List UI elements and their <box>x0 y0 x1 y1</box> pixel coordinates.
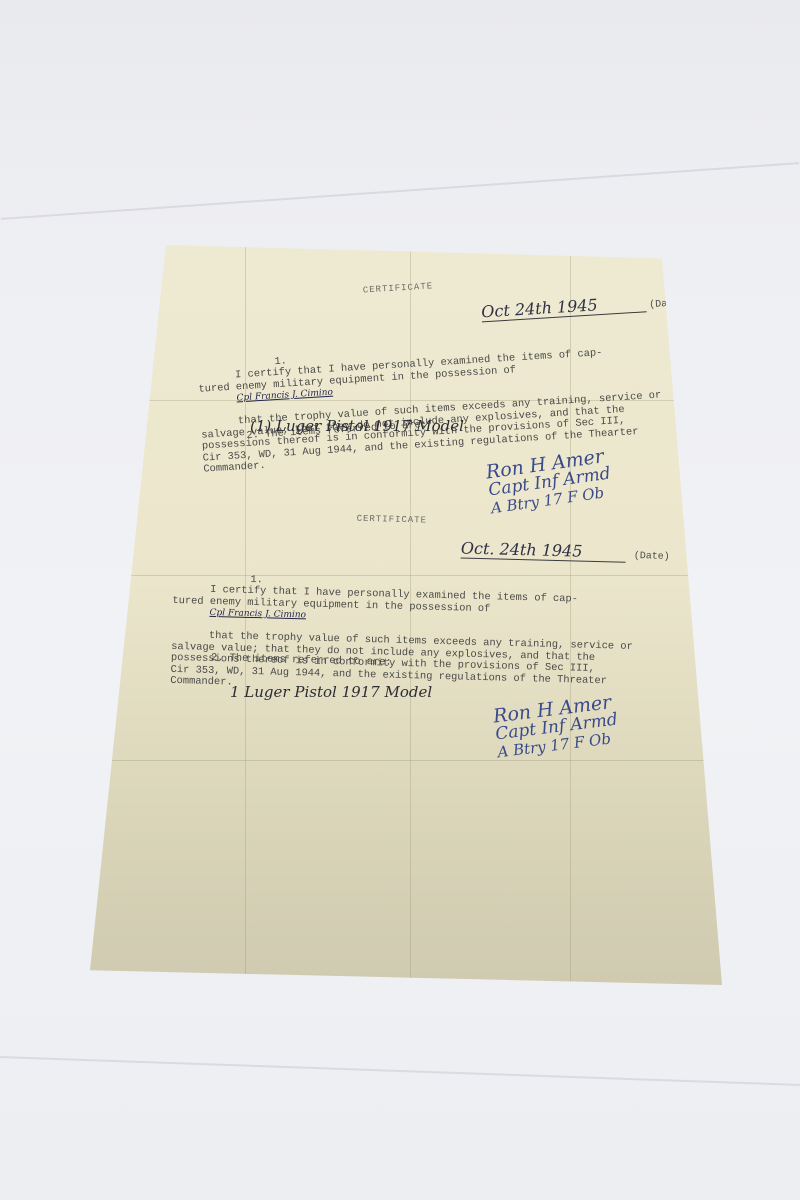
para-text: I certify that I have personally examine… <box>198 347 603 395</box>
handwritten-date: Oct 24th 1945 <box>481 292 647 322</box>
bedsheet-wrinkle <box>1 162 799 220</box>
paragraph-1: 1. I certify that I have personally exam… <box>196 318 723 487</box>
certificate-upper: CERTIFICATE Oct 24th 1945 (Date) 1. I ce… <box>86 226 717 265</box>
handwritten-items: 1 Luger Pistol 1917 Model <box>230 683 432 701</box>
certificate-title: CERTIFICATE <box>363 281 434 295</box>
possessor-name: Cpl Francis J. Cimino <box>209 608 306 621</box>
certificate-paper: CERTIFICATE Oct 24th 1945 (Date) 1. I ce… <box>90 245 722 985</box>
handwritten-items: (1) Luger Pistol 1917 Model <box>250 417 464 435</box>
date-label: (Date) <box>634 551 670 563</box>
fold-crease <box>90 760 722 761</box>
handwritten-date: Oct. 24th 1945 <box>461 538 626 562</box>
bedsheet-wrinkle <box>0 1056 800 1086</box>
certificate-lower: CERTIFICATE Oct. 24th 1945 (Date) 1. I c… <box>90 497 722 514</box>
para-number: 1. <box>250 573 263 585</box>
signature-block: Ron H Amer Capt Inf Armd A Btry 17 F Ob <box>492 693 621 762</box>
date-label: (Date) <box>649 298 686 311</box>
certificate-title: CERTIFICATE <box>356 514 427 526</box>
